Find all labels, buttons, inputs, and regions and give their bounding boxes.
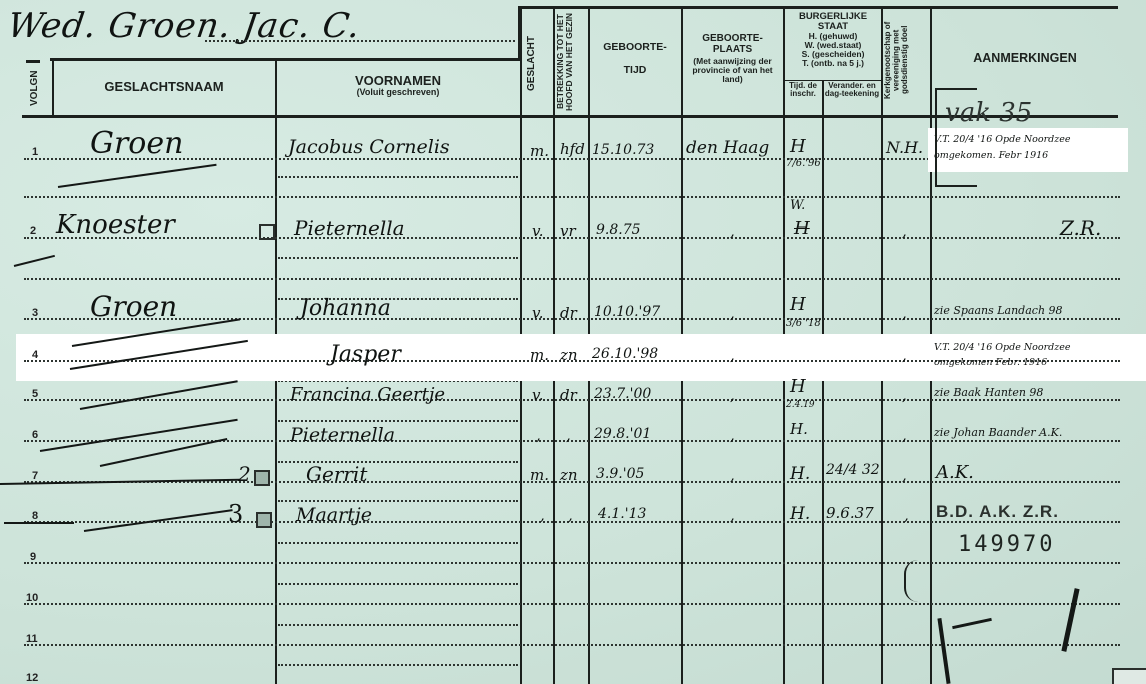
bs-tijd-cell: H. [790, 420, 808, 438]
ink-stroke [4, 522, 74, 524]
header-top-border-left [50, 58, 520, 61]
row-number: 1 [32, 146, 38, 158]
header-volgn: VOLGN [30, 64, 41, 112]
voornamen-cell: Johanna [300, 296, 391, 321]
card-number: 149970 [958, 532, 1055, 557]
aanmerkingen-cell: zie Baak Hanten 98 [934, 386, 1043, 399]
checkbox-marker-icon [254, 470, 270, 486]
row-number: 12 [26, 672, 38, 684]
row-number: 4 [32, 349, 38, 361]
row-number: 7 [32, 470, 38, 482]
ink-stroke [80, 380, 238, 410]
header-bs-tijd: Tijd. de inschr. [785, 82, 821, 99]
ink-stroke [14, 255, 55, 267]
geboorteplaats-cell: den Haag [686, 138, 769, 158]
header-geboorteplaats-1: GEBOORTE- [683, 34, 782, 45]
betrekking-cell: dr [560, 304, 577, 322]
header-burgerlijke-staat: BURGERLIJKE STAAT H. (gehuwd) W. (wed.st… [785, 12, 881, 68]
bs-tijd-cell: H [790, 376, 806, 397]
header-geboortetijd-2: TIJD [590, 65, 680, 76]
bs-tijd-sub-cell: W. [790, 198, 805, 213]
ink-stroke [100, 438, 228, 467]
row-number: 5 [32, 388, 38, 400]
betrekking-cell: hfd [560, 140, 585, 158]
aanmerkingen-cell: Z.R. [1060, 216, 1101, 240]
geslacht-cell: m. [530, 142, 549, 160]
header-kerkgenootschap: Kerkgenootschap of vereeniging met godsd… [884, 10, 928, 110]
geslacht-cell: , [536, 426, 541, 444]
checkbox-marker-icon [259, 224, 275, 240]
header-geboortetijd: GEBOORTE- TIJD [590, 42, 680, 76]
kerk-cell: , [902, 346, 907, 364]
geboortetijd-cell: 26.10.'98 [592, 346, 658, 362]
kerk-cell: , [902, 386, 907, 404]
bs-tijd-cell: H [790, 136, 806, 157]
geslachtsnaam-cell: Knoester [56, 210, 175, 240]
aanmerkingen-stamp: B.D. A.K. Z.R. [936, 502, 1059, 522]
voornamen-cell: Francina Geertje [290, 384, 445, 405]
voornamen-cell: Pieternella [294, 216, 405, 240]
header-voornamen: VOORNAMEN (Voluit geschreven) [278, 74, 518, 97]
ink-stroke [40, 419, 238, 452]
betrekking-cell: vr [560, 222, 576, 240]
row-number: 11 [26, 633, 38, 645]
aanmerkingen-cell: zie Johan Baander A.K. [934, 426, 1062, 439]
geboorteplaats-cell: , [730, 426, 735, 444]
voornamen-cell: Pieternella [290, 424, 395, 446]
header-geslacht: GESLACHT [527, 20, 538, 108]
voornamen-cell: Gerrit [306, 462, 367, 486]
kerk-cell: , [902, 304, 907, 322]
header-voornamen-label: VOORNAMEN [278, 74, 518, 88]
vak-bracket [935, 88, 977, 187]
header-aanmerkingen: AANMERKINGEN [932, 52, 1118, 65]
kerk-cell: , [902, 426, 907, 444]
kerk-cell: , [902, 222, 907, 240]
header-bs-verander: Verander. en dag-teekening [824, 82, 880, 99]
geboorteplaats-cell: , [730, 222, 735, 240]
geboortetijd-cell: 15.10.73 [592, 142, 654, 158]
betrekking-cell: dr [560, 386, 577, 404]
kerk-cell: N.H. [886, 138, 923, 157]
geboorteplaats-cell: , [730, 506, 735, 524]
kerk-cell: , [904, 506, 909, 524]
geslachtsnaam-cell: Groen [90, 290, 177, 323]
margin-mark: 3 [228, 500, 243, 528]
row-number: 9 [30, 551, 36, 563]
geslacht-cell: v. [532, 386, 543, 404]
row-number: 8 [32, 510, 38, 522]
betrekking-cell: zn [560, 346, 578, 364]
bs-verander-cell: 9.6.37 [826, 504, 874, 522]
bs-verander-cell: 24/4 32 [826, 462, 880, 478]
geboortetijd-cell: 4.1.'13 [598, 506, 646, 522]
header-top-border-right [518, 6, 1118, 9]
header-betrekking: BETREKKING TOT HET HOOFD VAN HET GEZIN [556, 12, 586, 112]
geboorteplaats-cell: , [730, 386, 735, 404]
voornamen-cell: Maartje [296, 504, 372, 526]
header-geboorteplaats: GEBOORTE- PLAATS (Met aanwijzing der pro… [683, 34, 782, 84]
voornamen-cell: Jacobus Cornelis [288, 136, 450, 158]
geslacht-cell: v. [532, 304, 543, 322]
geboorteplaats-cell: , [730, 346, 735, 364]
col-line-bs-split [822, 80, 824, 684]
bs-tijd-sub-cell: 2.4.19 [786, 400, 815, 410]
geboorteplaats-cell: , [730, 304, 735, 322]
voornamen-cell: Jasper [330, 342, 401, 367]
header-bs-t: T. (ontb. na 5 j.) [785, 59, 881, 68]
geboortetijd-cell: 3.9.'05 [596, 466, 644, 482]
bs-tijd-cell: H [790, 294, 806, 315]
geslachtsnaam-cell: Groen [90, 126, 183, 161]
checkbox-marker-icon [256, 512, 272, 528]
header-geboorteplaats-sub: (Met aanwijzing der provincie of van het… [683, 57, 782, 84]
corner-label [1112, 668, 1146, 684]
geslacht-cell: m. [530, 466, 549, 484]
row-number: 2 [30, 225, 36, 237]
geboortetijd-cell: 10.10.'97 [594, 304, 660, 320]
geboorteplaats-cell: , [730, 466, 735, 484]
header-voornamen-sub: (Voluit geschreven) [278, 88, 518, 97]
geslacht-cell: v. [532, 222, 543, 240]
row-number: 10 [26, 592, 38, 604]
geslacht-cell: m. [530, 346, 549, 364]
header-geboorteplaats-2: PLAATS [683, 45, 782, 56]
pen-mark-checkmark [937, 618, 950, 684]
header-geboortetijd-1: GEBOORTE- [590, 42, 680, 53]
bs-tijd-cell: H. [790, 504, 810, 524]
kerk-cell: , [902, 466, 907, 484]
betrekking-cell: , [568, 506, 573, 524]
header-geslachtsnaam: GESLACHTSNAAM [55, 80, 273, 94]
geboortetijd-cell: 29.8.'01 [594, 426, 651, 442]
geboortetijd-cell: 9.8.75 [596, 222, 641, 238]
aanmerkingen-cell: A.K. [936, 462, 974, 483]
row-number: 6 [32, 429, 38, 441]
betrekking-cell: , [566, 426, 571, 444]
pen-mark-stroke [1061, 588, 1079, 652]
header-volgn-dash [26, 60, 40, 63]
ink-stroke [58, 164, 217, 188]
pen-mark-checkmark-arm [952, 618, 992, 629]
pen-mark-bracket [904, 560, 920, 602]
bs-tijd-cell: H. [790, 464, 810, 484]
bs-tijd-cell: H [794, 218, 810, 239]
bs-tijd-sub-cell: 7/6.'96 [786, 158, 821, 169]
bs-tijd-sub-cell: 3/6 '18 [786, 318, 821, 329]
geslacht-cell: , [540, 506, 545, 524]
geboortetijd-cell: 23.7.'00 [594, 386, 651, 402]
col-line-volgn [52, 60, 54, 116]
aanmerkingen-cell: zie Spaans Landach 98 [934, 304, 1063, 317]
aanmerkingen-cell: V.T. 20/4 '16 Opde Noordzee omgekomen Fe… [934, 340, 1124, 370]
row-number: 3 [32, 307, 38, 319]
title-underline [205, 40, 515, 42]
margin-mark: 2 [238, 462, 251, 486]
betrekking-cell: zn [560, 466, 578, 484]
